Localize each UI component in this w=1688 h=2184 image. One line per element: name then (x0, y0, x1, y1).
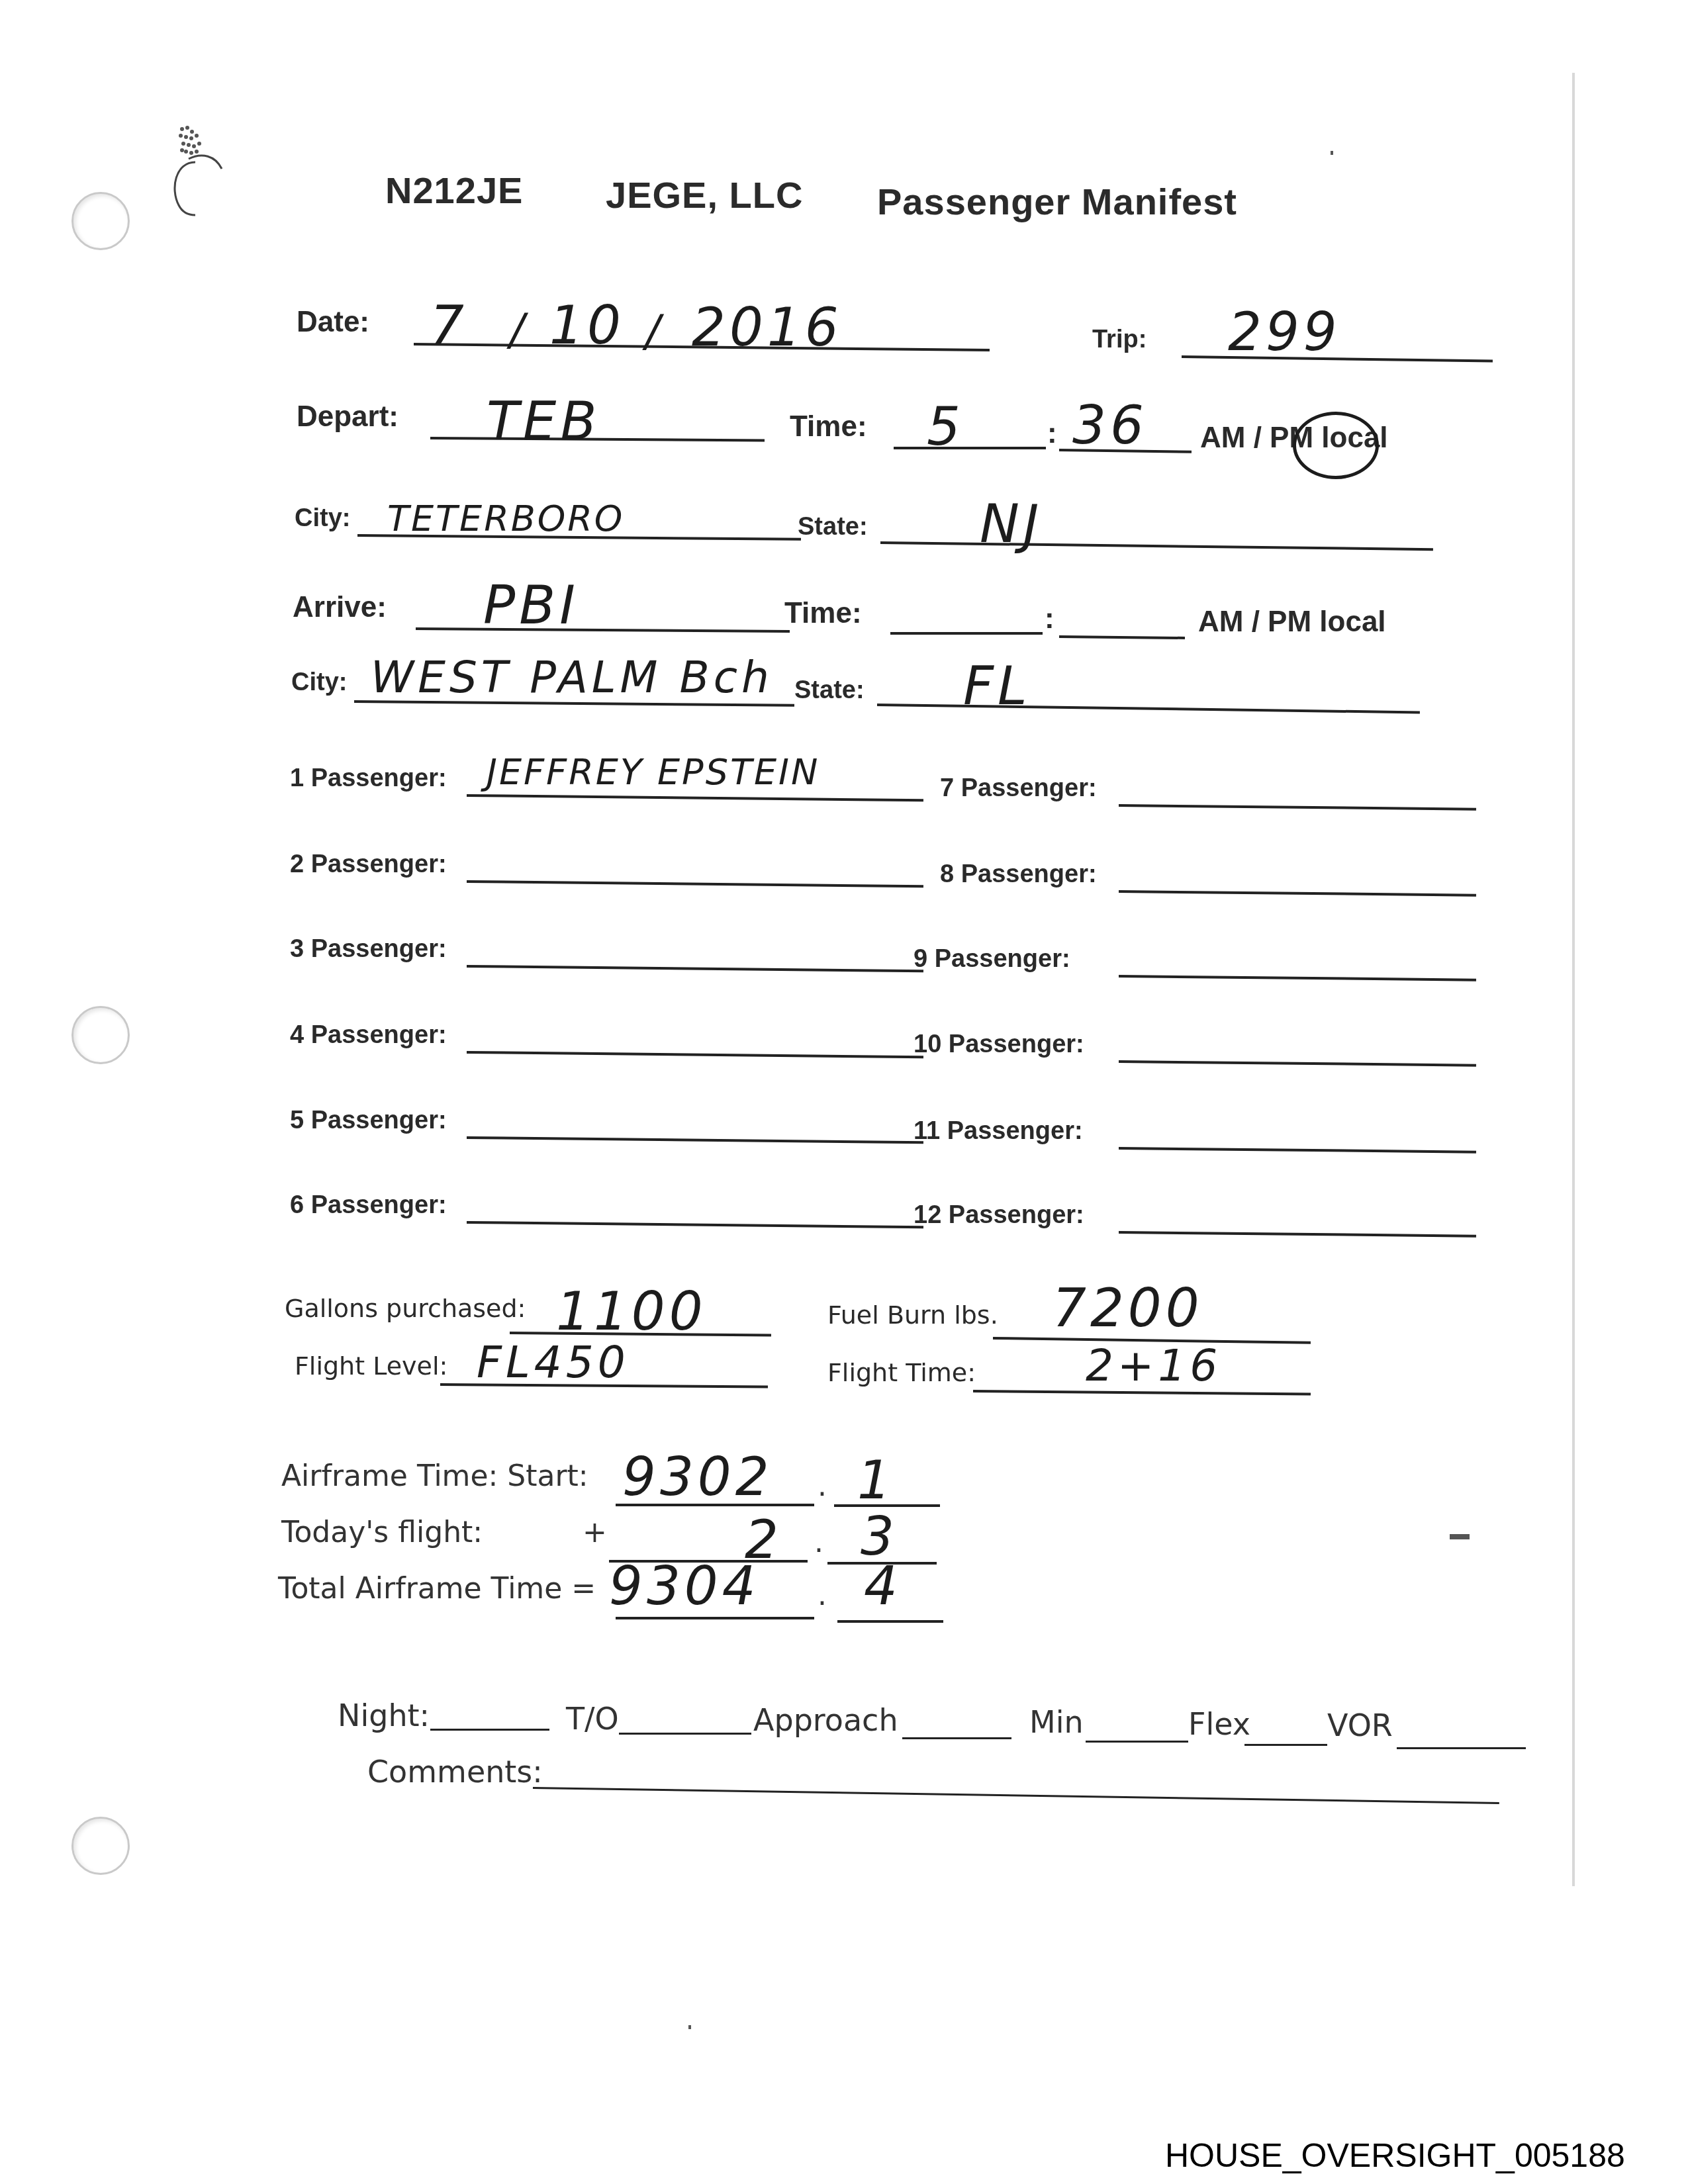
arrive-time-label: Time: (784, 597, 862, 630)
depart-state-label: State: (798, 513, 868, 541)
total-airframe-tenth-line (837, 1620, 943, 1623)
comments-label: Comments: (367, 1754, 543, 1790)
approach-line[interactable] (902, 1737, 1011, 1739)
bates-number: HOUSE_OVERSIGHT_005188 (1165, 2136, 1625, 2175)
binder-hole (71, 192, 130, 250)
arrive-colon: : (1045, 602, 1055, 635)
date-month[interactable]: 7 (430, 295, 468, 356)
scan-speck (1450, 1534, 1470, 1539)
trip-number[interactable]: 299 (1228, 301, 1341, 363)
passenger-name-field[interactable]: JEFFREY EPSTEIN (487, 751, 820, 793)
min-line[interactable] (1086, 1741, 1188, 1743)
passenger-line (1119, 1147, 1476, 1154)
passenger-line (467, 965, 923, 972)
passenger-label: 10 Passenger: (914, 1030, 1084, 1059)
airframe-start-label: Airframe Time: Start: (281, 1459, 588, 1493)
arrive-city[interactable]: WEST PALM Bch (371, 652, 773, 703)
passenger-line (1119, 890, 1476, 897)
passenger-line (1119, 804, 1476, 811)
passenger-line (467, 880, 923, 887)
passenger-label: 1 Passenger: (290, 764, 447, 793)
scan-speck (688, 2025, 691, 2029)
arrive-label: Arrive: (293, 591, 387, 624)
passenger-label: 5 Passenger: (290, 1107, 447, 1135)
passenger-line (467, 794, 923, 801)
company-logo-icon (169, 122, 248, 222)
passenger-line (1119, 975, 1476, 981)
flight-time-label: Flight Time: (827, 1358, 976, 1387)
date-year[interactable]: 2016 (692, 296, 843, 358)
gallons-label: Gallons purchased: (285, 1294, 526, 1323)
total-airframe-tenth[interactable]: 4 (864, 1555, 902, 1617)
depart-city-label: City: (295, 504, 350, 533)
airframe-start-whole[interactable]: 9302 (622, 1446, 773, 1508)
binder-hole (71, 1006, 130, 1064)
binder-hole (71, 1817, 130, 1875)
passenger-label: 11 Passenger: (914, 1117, 1083, 1146)
passenger-line (467, 1221, 923, 1228)
flex-line[interactable] (1244, 1744, 1327, 1746)
trip-label: Trip: (1092, 326, 1147, 354)
depart-colon: : (1047, 417, 1057, 450)
depart-hour-line (894, 447, 1046, 449)
tail-number: N212JE (385, 169, 523, 212)
flight-level-label: Flight Level: (295, 1351, 447, 1381)
airframe-start-tenth[interactable]: 1 (857, 1449, 895, 1511)
plus-sign: + (583, 1516, 607, 1549)
depart-hour[interactable]: 5 (927, 396, 964, 457)
passenger-line (1119, 1060, 1476, 1067)
scan-speck (1331, 151, 1333, 155)
date-sep: / (510, 304, 528, 355)
arrive-field-line (416, 627, 790, 633)
arrive-airport[interactable]: PBI (483, 574, 579, 636)
airframe-dot: . (814, 1525, 823, 1559)
night-line[interactable] (430, 1729, 549, 1731)
vor-label: VOR (1327, 1707, 1393, 1743)
arrive-hour-line (890, 632, 1043, 635)
depart-airport[interactable]: TEB (487, 390, 600, 452)
passenger-label: 12 Passenger: (914, 1201, 1084, 1230)
arrive-ampm-label: AM / PM local (1198, 606, 1386, 639)
airframe-dot: . (818, 1578, 827, 1612)
depart-state[interactable]: NJ (980, 493, 1043, 555)
airframe-dot: . (818, 1469, 827, 1503)
night-label: Night: (338, 1698, 430, 1733)
passenger-label: 9 Passenger: (914, 945, 1070, 974)
date-sep: / (645, 306, 664, 357)
arrive-minute-line (1059, 635, 1185, 639)
company-name: JEGE, LLC (606, 173, 803, 216)
date-day[interactable]: 10 (549, 295, 625, 356)
page-edge (1572, 73, 1575, 1886)
takeoff-label: T/O (566, 1701, 619, 1737)
arrive-state-label: State: (794, 676, 865, 705)
passenger-label: 3 Passenger: (290, 935, 447, 964)
passenger-line (1119, 1231, 1476, 1238)
pm-circled-mark (1293, 412, 1379, 479)
passenger-label: 8 Passenger: (940, 860, 1097, 889)
flight-level-value[interactable]: FL450 (477, 1337, 630, 1388)
arrive-city-label: City: (291, 668, 347, 697)
total-airframe-whole[interactable]: 9304 (609, 1555, 760, 1617)
todays-flight-label: Today's flight: (281, 1516, 483, 1549)
passenger-label: 4 Passenger: (290, 1021, 447, 1050)
flight-time-value[interactable]: 2+16 (1086, 1340, 1221, 1391)
passenger-line (467, 1051, 923, 1058)
passenger-label: 2 Passenger: (290, 850, 447, 879)
total-airframe-whole-line (616, 1617, 814, 1619)
arrive-state[interactable]: FL (963, 655, 1031, 717)
arrive-state-line (877, 704, 1420, 713)
comments-line[interactable] (533, 1787, 1499, 1804)
form-title: Passenger Manifest (877, 180, 1237, 223)
depart-city[interactable]: TETERBORO (387, 498, 624, 539)
passenger-line (467, 1136, 923, 1144)
depart-time-label: Time: (790, 410, 867, 443)
vor-line[interactable] (1397, 1747, 1526, 1749)
takeoff-line[interactable] (619, 1733, 751, 1735)
fuel-burn-label: Fuel Burn lbs. (827, 1300, 998, 1330)
depart-label: Depart: (297, 400, 399, 433)
total-airframe-label: Total Airframe Time = (278, 1572, 596, 1606)
approach-label: Approach (753, 1702, 898, 1738)
date-label: Date: (297, 306, 369, 339)
depart-state-line (880, 541, 1433, 551)
passenger-label: 6 Passenger: (290, 1191, 447, 1220)
min-label: Min (1029, 1704, 1084, 1740)
flex-label: Flex (1188, 1706, 1250, 1742)
fuel-burn-value[interactable]: 7200 (1053, 1277, 1203, 1339)
depart-minute[interactable]: 36 (1072, 394, 1148, 456)
gallons-value[interactable]: 1100 (556, 1281, 707, 1342)
passenger-label: 7 Passenger: (940, 774, 1097, 803)
